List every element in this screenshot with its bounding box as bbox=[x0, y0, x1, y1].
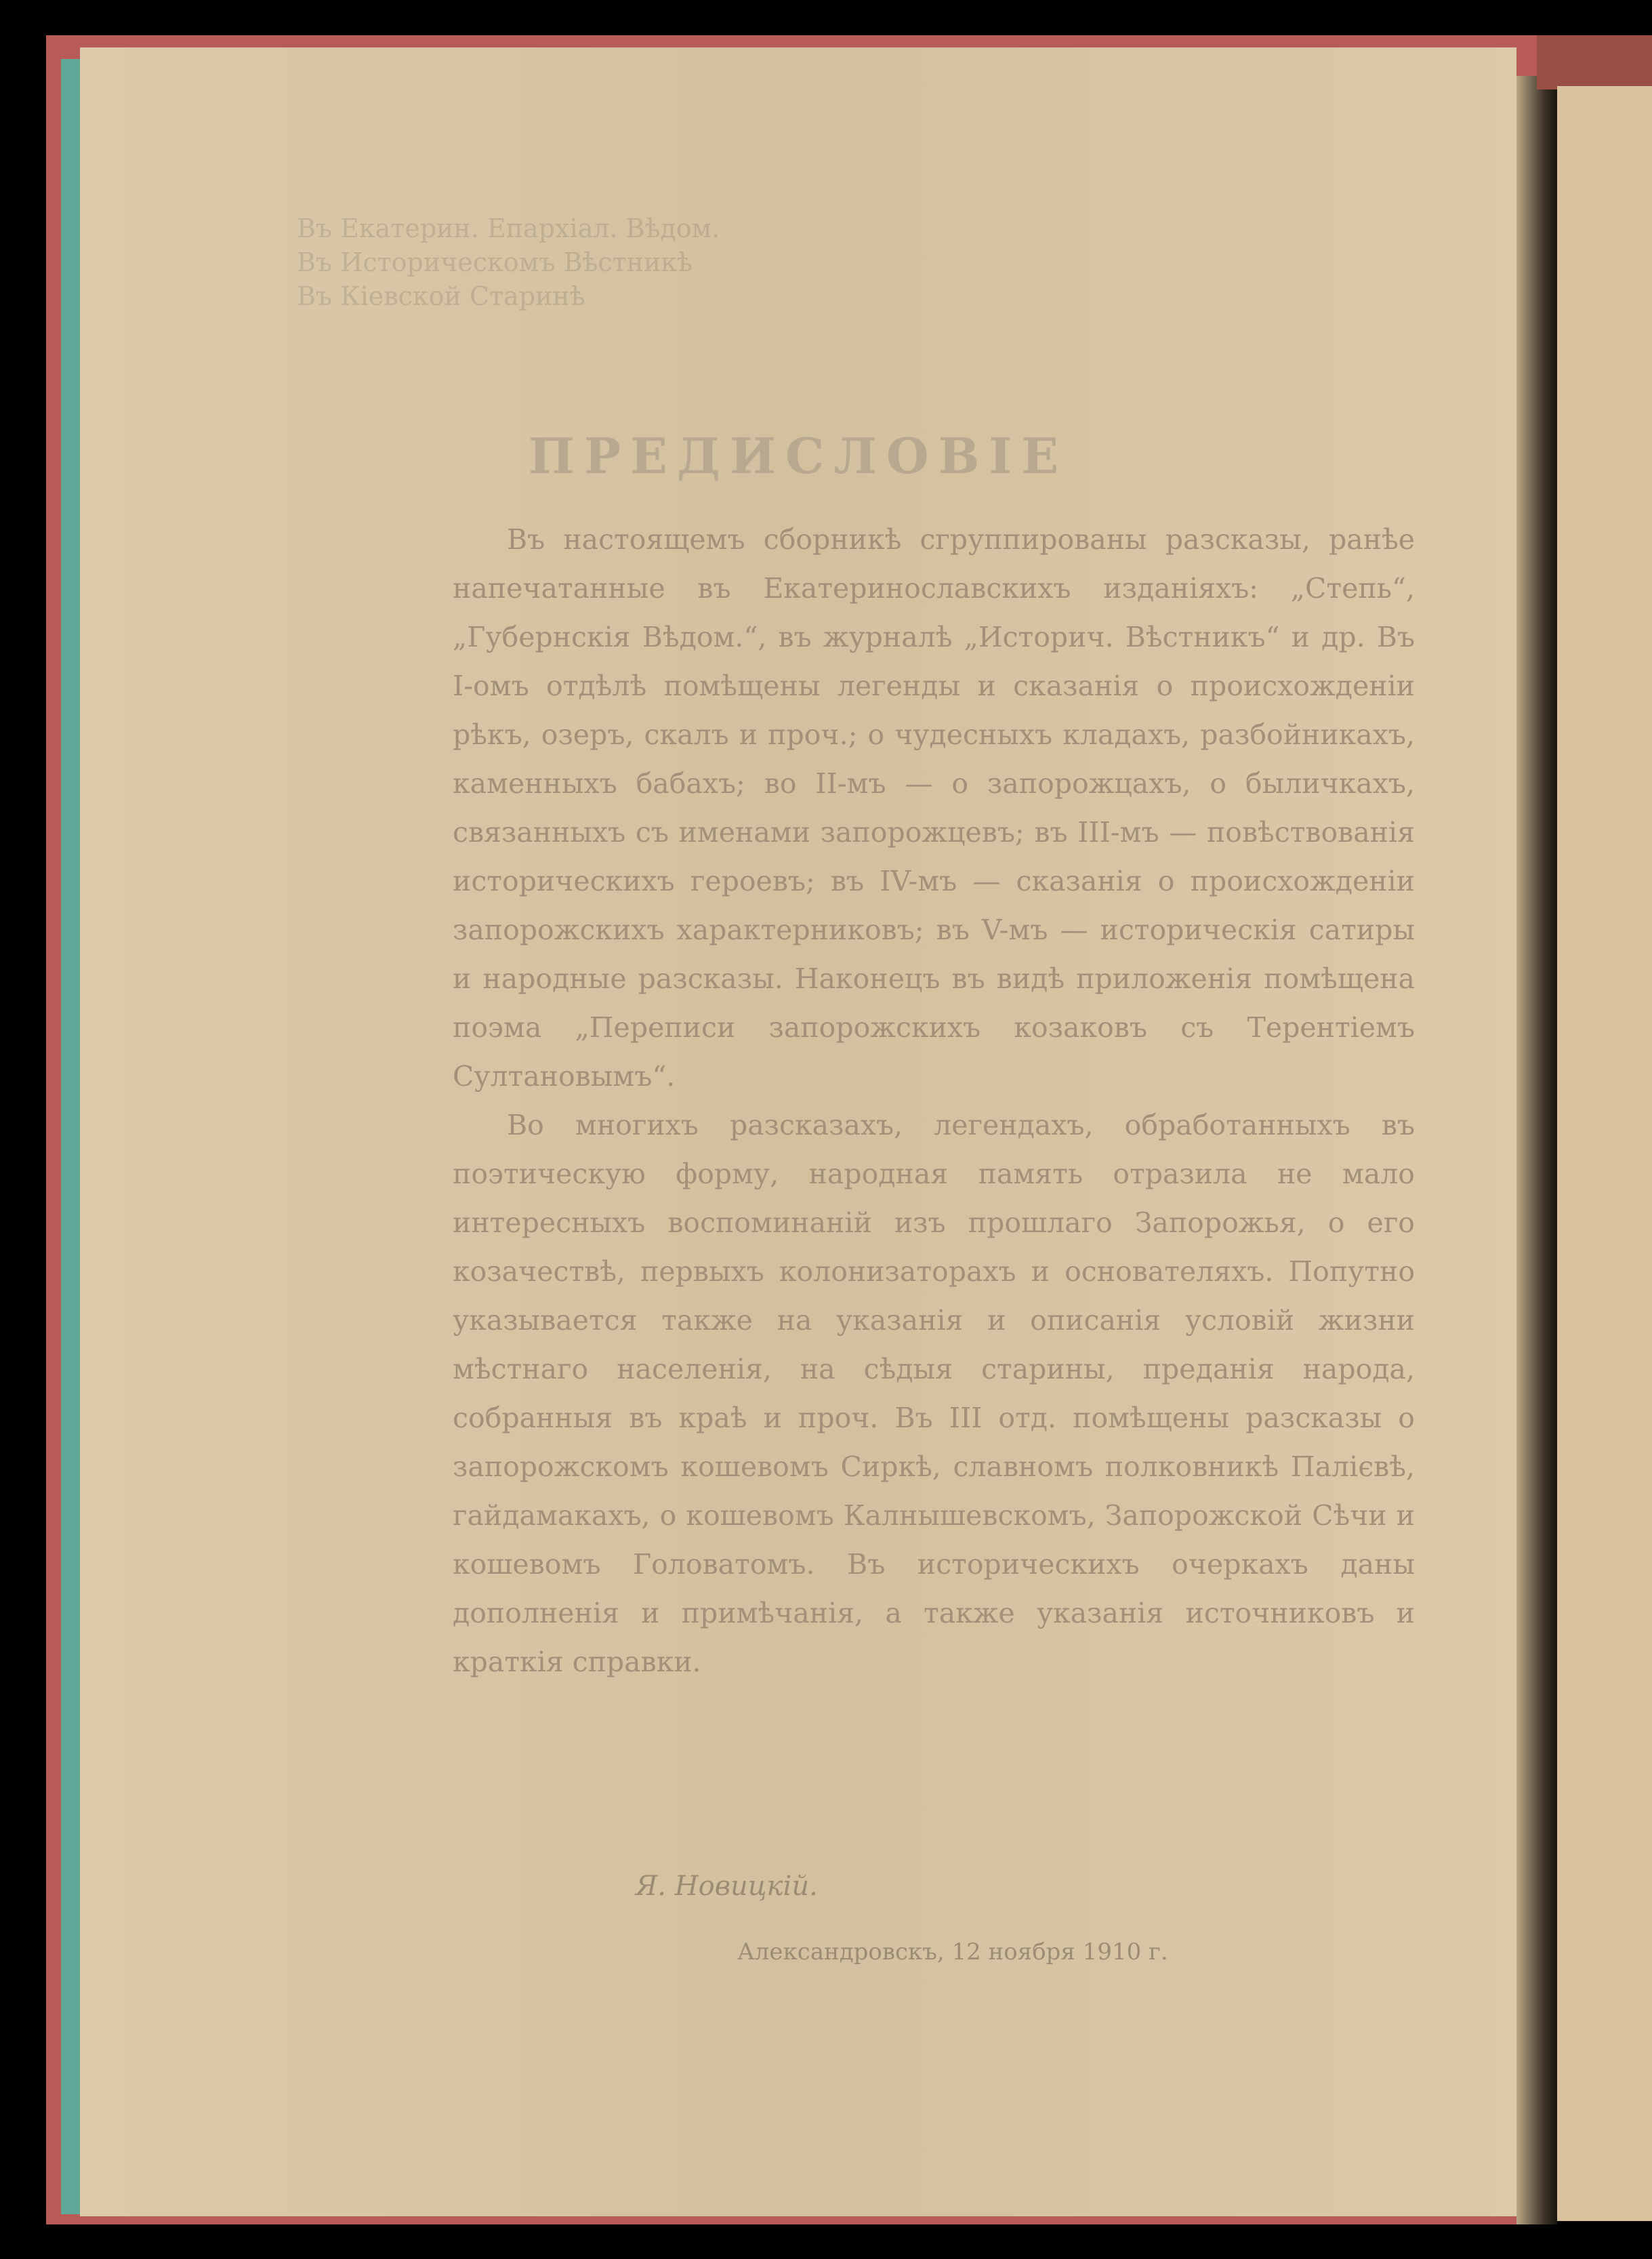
body-text: Въ настоящемъ сборникѣ сгруппированы раз… bbox=[453, 515, 1415, 1686]
paragraph: Въ настоящемъ сборникѣ сгруппированы раз… bbox=[453, 515, 1415, 1101]
bleedthrough-text: Въ Историческомъ Вѣстникѣ bbox=[297, 247, 693, 277]
facing-page-edge bbox=[1557, 86, 1652, 2221]
page-title: ПРЕДИСЛОВІЕ bbox=[80, 427, 1516, 485]
next-cover-edge bbox=[1537, 35, 1652, 89]
paragraph: Во многихъ разсказахъ, легендахъ, обрабо… bbox=[453, 1101, 1415, 1686]
page: Въ Екатерин. Епархіал. Вѣдом. Въ Историч… bbox=[80, 47, 1516, 2216]
bleedthrough-text: Въ Кіевской Старинѣ bbox=[297, 281, 585, 311]
book-gutter bbox=[1516, 76, 1557, 2224]
book-spread: Въ Екатерин. Епархіал. Вѣдом. Въ Историч… bbox=[46, 35, 1652, 2224]
bleedthrough-text: Въ Екатерин. Епархіал. Вѣдом. bbox=[297, 213, 720, 243]
signature: Я. Новицкій. bbox=[636, 1871, 818, 1902]
endpaper-stripe bbox=[61, 59, 80, 2214]
date-line: Александровскъ, 12 ноября 1910 г. bbox=[737, 1938, 1168, 1966]
